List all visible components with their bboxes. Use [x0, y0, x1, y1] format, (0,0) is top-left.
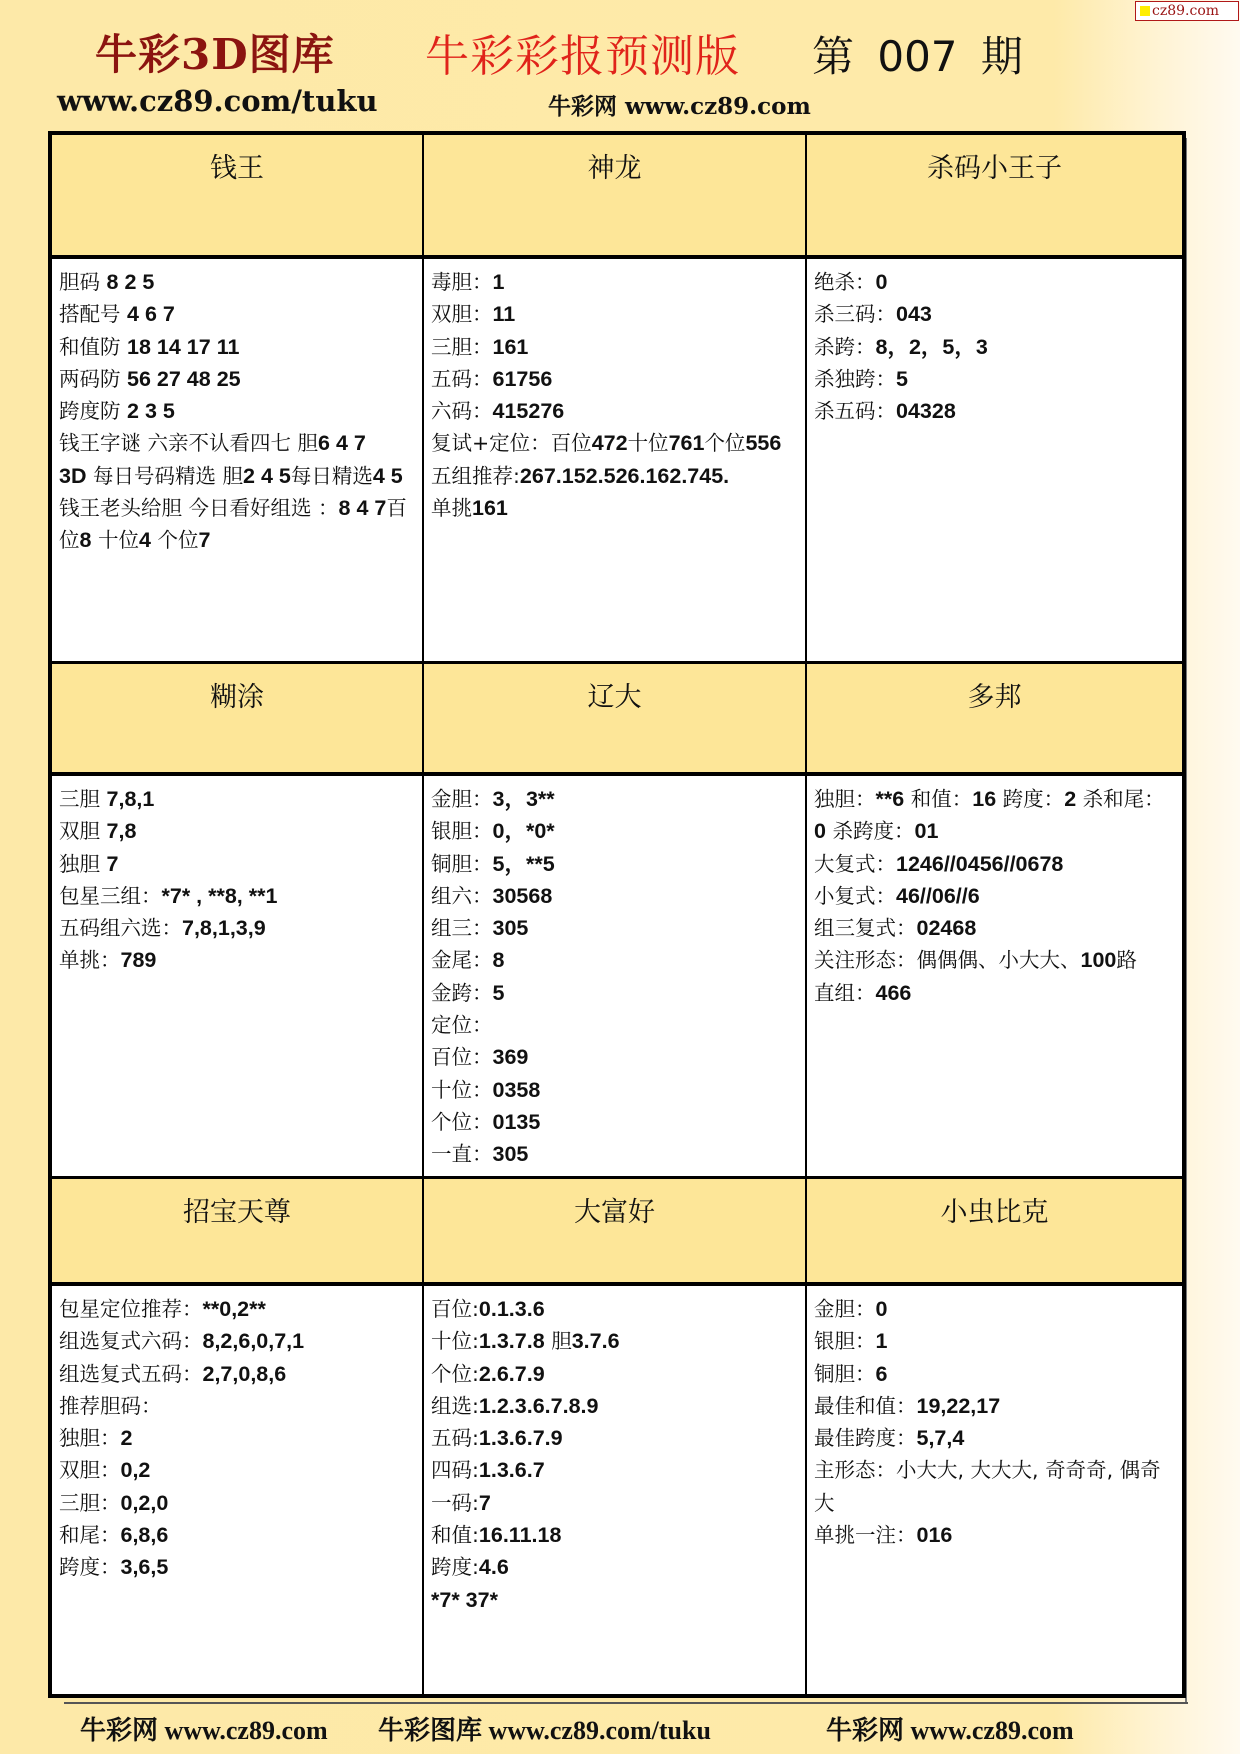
- prediction-line: 组选复式五码：2,7,0,8,6: [59, 1358, 416, 1390]
- prediction-line: 组选:1.2.3.6.7.8.9: [431, 1390, 799, 1422]
- line-value: **0,2**: [203, 1297, 266, 1321]
- line-label: 银胆：: [814, 1329, 876, 1353]
- line-value: 1246//0456//0678: [896, 852, 1063, 876]
- line-value: 1.3.6.7: [479, 1458, 545, 1482]
- line-label: 六码：: [431, 399, 493, 423]
- section-body: 百位:0.1.3.6十位:1.3.7.8 胆3.7.6个位:2.6.7.9组选:…: [424, 1286, 807, 1694]
- line-value: 4.6: [479, 1555, 509, 1579]
- line-value: 6,8,6: [121, 1523, 169, 1547]
- line-value: 30568: [493, 884, 553, 908]
- prediction-line: 搭配号 4 6 7: [59, 298, 416, 330]
- line-label: 关注形态：偶偶偶、小大大、: [814, 948, 1081, 972]
- prediction-line: 单挑161: [431, 492, 799, 524]
- line-value: 161: [493, 335, 529, 359]
- line-value: 6 4 7: [318, 431, 366, 455]
- line-value: 415276: [493, 399, 565, 423]
- line-label: 路: [1116, 948, 1137, 972]
- line-label: 独胆: [59, 852, 107, 876]
- section-body: 金胆：0银胆：1铜胆：6最佳和值：19,22,17最佳跨度：5,7,4主形态：小…: [807, 1286, 1182, 1694]
- line-label: 一码:: [431, 1491, 479, 1515]
- line-label: 复试+定位：百位: [431, 431, 592, 455]
- line-value: 1.3.7.8: [479, 1329, 545, 1353]
- line-label: 个位:: [431, 1362, 479, 1386]
- line-label: 四码:: [431, 1458, 479, 1482]
- prediction-line: 五码:1.3.6.7.9: [431, 1422, 799, 1454]
- section-body: 三胆 7,8,1双胆 7,8独胆 7包星三组：*7* , **8, **1五码组…: [52, 776, 424, 1179]
- line-label: 每日号码精选 胆: [86, 464, 243, 488]
- prediction-line: 杀五码：04328: [814, 395, 1176, 427]
- line-value: 61756: [493, 367, 553, 391]
- line-label: 金胆：: [814, 1297, 876, 1321]
- footer-tuku-link[interactable]: 牛彩图库 www.cz89.com/tuku: [378, 1710, 711, 1747]
- prediction-line: 组选复式六码：8,2,6,0,7,1: [59, 1325, 416, 1357]
- line-value: 466: [876, 981, 912, 1005]
- line-value: 7,8,1,3,9: [182, 916, 266, 940]
- line-value: 6: [876, 1362, 888, 1386]
- line-value: 5,7,4: [917, 1426, 965, 1450]
- line-label: 组三复式：: [814, 916, 917, 940]
- prediction-line: 铜胆：5，**5: [431, 848, 799, 880]
- grid-shadow-bottom: [64, 1702, 1188, 1704]
- section-body: 独胆：**6 和值：16 跨度：2 杀和尾：0 杀跨度：01大复式：1246//…: [807, 776, 1182, 1179]
- line-value: 2: [121, 1426, 133, 1450]
- prediction-line: 十位：0358: [431, 1074, 799, 1106]
- line-value: 267.152.526.162.745.: [520, 464, 729, 488]
- line-label: 十位: [628, 431, 669, 455]
- line-value: 4 5: [373, 464, 403, 488]
- line-value: 0: [876, 1297, 888, 1321]
- prediction-line: 推荐胆码：: [59, 1390, 416, 1422]
- line-value: 0358: [493, 1078, 541, 1102]
- prediction-line: 杀三码：043: [814, 298, 1176, 330]
- line-value: 4 6 7: [127, 302, 175, 326]
- line-value: 16.11.18: [479, 1523, 562, 1547]
- prediction-line: 大复式：1246//0456//0678: [814, 848, 1176, 880]
- line-value: 3.7.6: [572, 1329, 620, 1353]
- line-label: 五码：: [431, 367, 493, 391]
- line-label: 大复式：: [814, 852, 896, 876]
- section-title: 糊涂: [52, 664, 424, 776]
- brand-title: 牛彩3D图库: [95, 22, 335, 82]
- line-value: 305: [493, 916, 529, 940]
- line-value: **6: [876, 787, 905, 811]
- prediction-line: 跨度:4.6: [431, 1551, 799, 1583]
- prediction-line: 金跨：5: [431, 977, 799, 1009]
- line-value: 7,8,1: [107, 787, 155, 811]
- line-value: 0: [814, 819, 826, 843]
- line-label: 金尾：: [431, 948, 493, 972]
- prediction-line: 定位：: [431, 1009, 799, 1041]
- prediction-line: 杀跨：8，2，5，3: [814, 331, 1176, 363]
- line-label: 杀独跨：: [814, 367, 896, 391]
- line-value: 0,2,0: [121, 1491, 169, 1515]
- line-label: 铜胆：: [431, 852, 493, 876]
- line-label: 和值:: [431, 1523, 479, 1547]
- line-label: 单挑：: [59, 948, 121, 972]
- line-label: 银胆：: [431, 819, 493, 843]
- line-value: 8: [493, 948, 505, 972]
- line-label: 跨度防: [59, 399, 127, 423]
- line-label: 五组推荐:: [431, 464, 520, 488]
- line-value: 472: [592, 431, 628, 455]
- line-label: 胆: [545, 1329, 572, 1353]
- line-value: 7,8: [107, 819, 137, 843]
- section-body: 毒胆：1双胆：11三胆：161五码：61756六码：415276复试+定位：百位…: [424, 259, 807, 664]
- line-label: 组选复式五码：: [59, 1362, 203, 1386]
- line-label: 杀和尾：: [1076, 787, 1165, 811]
- prediction-line: 杀独跨：5: [814, 363, 1176, 395]
- prediction-line: 四码:1.3.6.7: [431, 1454, 799, 1486]
- prediction-line: 一直：305: [431, 1138, 799, 1170]
- line-label: 胆码: [59, 270, 107, 294]
- prediction-line: 个位:2.6.7.9: [431, 1358, 799, 1390]
- line-value: 2.6.7.9: [479, 1362, 545, 1386]
- issue-number: 第 007 期: [812, 24, 1023, 84]
- line-label: 最佳跨度：: [814, 1426, 917, 1450]
- line-label: 百位：: [431, 1045, 493, 1069]
- prediction-line: 组三：305: [431, 912, 799, 944]
- corner-badge-text: cz89.com: [1152, 3, 1219, 19]
- prediction-line: 双胆：11: [431, 298, 799, 330]
- section-body: 绝杀：0杀三码：043杀跨：8，2，5，3杀独跨：5杀五码：04328: [807, 259, 1182, 664]
- line-label: 金胆：: [431, 787, 493, 811]
- prediction-line: 钱王老头给胆 今日看好组选 ：8 4 7百位8 十位4 个位7: [59, 492, 416, 557]
- prediction-line: 钱王字谜 六亲不认看四七 胆6 4 7: [59, 427, 416, 459]
- line-label: 双胆: [59, 819, 107, 843]
- prediction-line: 三胆 7,8,1: [59, 783, 416, 815]
- prediction-line: 独胆 7: [59, 848, 416, 880]
- line-value: 8,2,6,0,7,1: [203, 1329, 305, 1353]
- line-value: 789: [121, 948, 157, 972]
- line-value: 1: [493, 270, 505, 294]
- line-value: 56 27 48 25: [127, 367, 241, 391]
- section-body: 胆码 8 2 5搭配号 4 6 7和值防 18 14 17 11两码防 56 2…: [52, 259, 424, 664]
- line-label: 单挑一注：: [814, 1523, 917, 1547]
- prediction-line: 关注形态：偶偶偶、小大大、100路: [814, 944, 1176, 976]
- line-value: 4: [139, 528, 151, 552]
- section-body: 金胆：3，3**银胆：0，*0*铜胆：5，**5组六：30568组三：305金尾…: [424, 776, 807, 1179]
- section-title: 辽大: [424, 664, 807, 776]
- prediction-line: 直组：466: [814, 977, 1176, 1009]
- line-label: 三胆：: [59, 1491, 121, 1515]
- line-value: 8 2 5: [107, 270, 155, 294]
- line-label: 组选:: [431, 1394, 479, 1418]
- prediction-line: 个位：0135: [431, 1106, 799, 1138]
- line-label: 定位：: [431, 1013, 493, 1037]
- prediction-line: 三胆：0,2,0: [59, 1487, 416, 1519]
- prediction-line: 三胆：161: [431, 331, 799, 363]
- prediction-line: 包星三组：*7* , **8, **1: [59, 880, 416, 912]
- line-label: 三胆：: [431, 335, 493, 359]
- prediction-line: 和值:16.11.18: [431, 1519, 799, 1551]
- prediction-line: 最佳跨度：5,7,4: [814, 1422, 1176, 1454]
- line-label: 百位:: [431, 1297, 479, 1321]
- line-label: 钱王老头给胆 今日看好组选 ：: [59, 496, 339, 520]
- prediction-line: 3D 每日号码精选 胆2 4 5每日精选4 5: [59, 460, 416, 492]
- line-label: 搭配号: [59, 302, 127, 326]
- tuku-url[interactable]: www.cz89.com/tuku: [57, 84, 378, 118]
- prediction-line: 六码：415276: [431, 395, 799, 427]
- line-label: 跨度：: [996, 787, 1064, 811]
- line-label: 钱王字谜 六亲不认看四七 胆: [59, 431, 318, 455]
- edition-title: 牛彩彩报预测版: [425, 20, 740, 84]
- site-url[interactable]: 牛彩网 www.cz89.com: [548, 88, 811, 121]
- prediction-line: 百位：369: [431, 1041, 799, 1073]
- line-value: 8，2，5，3: [876, 335, 988, 359]
- line-value: 3D: [59, 464, 86, 488]
- line-value: 04328: [896, 399, 956, 423]
- line-label: 最佳和值：: [814, 1394, 917, 1418]
- prediction-line: 包星定位推荐：**0,2**: [59, 1293, 416, 1325]
- line-value: 0,2: [121, 1458, 151, 1482]
- prediction-line: 两码防 56 27 48 25: [59, 363, 416, 395]
- line-value: 18 14 17 11: [127, 335, 239, 359]
- prediction-line: 胆码 8 2 5: [59, 266, 416, 298]
- line-label: 组三：: [431, 916, 493, 940]
- line-label: 杀五码：: [814, 399, 896, 423]
- prediction-line: 小复式：46//06//6: [814, 880, 1176, 912]
- prediction-line: 独胆：**6 和值：16 跨度：2 杀和尾：0 杀跨度：01: [814, 783, 1176, 848]
- prediction-line: 铜胆：6: [814, 1358, 1176, 1390]
- prediction-line: 一码:7: [431, 1487, 799, 1519]
- line-label: 三胆: [59, 787, 107, 811]
- line-value: 46//06//6: [896, 884, 980, 908]
- line-value: 0.1.3.6: [479, 1297, 545, 1321]
- line-value: 305: [493, 1142, 529, 1166]
- line-value: 7: [107, 852, 119, 876]
- line-label: 直组：: [814, 981, 876, 1005]
- line-value: 5，**5: [493, 852, 555, 876]
- line-value: 1.2.3.6.7.8.9: [479, 1394, 599, 1418]
- footer-site-link-right[interactable]: 牛彩网 www.cz89.com: [826, 1710, 1074, 1747]
- section-title: 神龙: [424, 135, 807, 259]
- line-value: 2 4 5: [243, 464, 291, 488]
- prediction-line: *7* 37*: [431, 1584, 799, 1616]
- line-label: 独胆：: [59, 1426, 121, 1450]
- line-label: 每日精选: [291, 464, 373, 488]
- line-label: 绝杀：: [814, 270, 876, 294]
- prediction-line: 单挑：789: [59, 944, 416, 976]
- line-label: 和尾：: [59, 1523, 121, 1547]
- line-value: 2 3 5: [127, 399, 175, 423]
- line-label: 五码:: [431, 1426, 479, 1450]
- prediction-line: 跨度防 2 3 5: [59, 395, 416, 427]
- prediction-line: 跨度：3,6,5: [59, 1551, 416, 1583]
- prediction-line: 组六：30568: [431, 880, 799, 912]
- line-value: 02468: [917, 916, 977, 940]
- line-value: 016: [917, 1523, 953, 1547]
- prediction-line: 独胆：2: [59, 1422, 416, 1454]
- line-value: 161: [472, 496, 508, 520]
- line-label: 一直：: [431, 1142, 493, 1166]
- line-label: 组选复式六码：: [59, 1329, 203, 1353]
- prediction-line: 五码组六选：7,8,1,3,9: [59, 912, 416, 944]
- line-label: 个位: [151, 528, 199, 552]
- prediction-line: 主形态：小大大, 大大大, 奇奇奇, 偶奇大: [814, 1454, 1176, 1519]
- prediction-line: 毒胆：1: [431, 266, 799, 298]
- prediction-line: 双胆：0,2: [59, 1454, 416, 1486]
- section-title: 钱王: [52, 135, 424, 259]
- prediction-line: 绝杀：0: [814, 266, 1176, 298]
- line-label: 包星三组：: [59, 884, 162, 908]
- footer-site-link-left[interactable]: 牛彩网 www.cz89.com: [80, 1710, 328, 1747]
- line-value: 2,7,0,8,6: [203, 1362, 287, 1386]
- line-label: 杀三码：: [814, 302, 896, 326]
- line-label: 十位:: [431, 1329, 479, 1353]
- line-value: 100: [1081, 948, 1117, 972]
- prediction-line: 金胆：0: [814, 1293, 1176, 1325]
- line-label: 跨度：: [59, 1555, 121, 1579]
- line-label: 杀跨：: [814, 335, 876, 359]
- line-label: 跨度:: [431, 1555, 479, 1579]
- line-value: 043: [896, 302, 932, 326]
- prediction-line: 银胆：0，*0*: [431, 815, 799, 847]
- line-label: 和值防: [59, 335, 127, 359]
- line-label: 组六：: [431, 884, 493, 908]
- line-label: 金跨：: [431, 981, 493, 1005]
- line-label: 铜胆：: [814, 1362, 876, 1386]
- line-value: 761: [669, 431, 705, 455]
- line-label: 十位: [91, 528, 139, 552]
- prediction-line: 金尾：8: [431, 944, 799, 976]
- line-label: 独胆：: [814, 787, 876, 811]
- line-value: 556: [745, 431, 781, 455]
- line-value: 7: [479, 1491, 491, 1515]
- line-value: 0: [876, 270, 888, 294]
- line-label: 包星定位推荐：: [59, 1297, 203, 1321]
- line-label: 五码组六选：: [59, 916, 182, 940]
- line-value: 01: [915, 819, 939, 843]
- prediction-line: 五组推荐:267.152.526.162.745.: [431, 460, 799, 492]
- prediction-grid: 钱王神龙杀码小王子胆码 8 2 5搭配号 4 6 7和值防 18 14 17 1…: [48, 131, 1186, 1698]
- section-title: 招宝天尊: [52, 1179, 424, 1286]
- section-title: 多邦: [807, 664, 1182, 776]
- line-label: 个位: [704, 431, 745, 455]
- line-value: 16: [972, 787, 996, 811]
- prediction-line: 组三复式：02468: [814, 912, 1176, 944]
- prediction-line: 复试+定位：百位472十位761个位556: [431, 427, 799, 459]
- line-value: 8: [80, 528, 92, 552]
- prediction-line: 五码：61756: [431, 363, 799, 395]
- line-label: 十位：: [431, 1078, 493, 1102]
- line-value: 1.3.6.7.9: [479, 1426, 563, 1450]
- prediction-line: 单挑一注：016: [814, 1519, 1176, 1551]
- line-label: 两码防: [59, 367, 127, 391]
- line-label: 主形态：小大大, 大大大, 奇奇奇, 偶奇大: [814, 1458, 1161, 1514]
- line-value: 0，*0*: [493, 819, 555, 843]
- line-label: 小复式：: [814, 884, 896, 908]
- line-value: 7: [199, 528, 211, 552]
- yellow-square-icon: [1140, 6, 1150, 16]
- line-label: 毒胆：: [431, 270, 493, 294]
- line-label: 推荐胆码：: [59, 1394, 162, 1418]
- line-value: 3，3**: [493, 787, 555, 811]
- line-label: 双胆：: [59, 1458, 121, 1482]
- prediction-line: 金胆：3，3**: [431, 783, 799, 815]
- line-value: 19,22,17: [917, 1394, 1001, 1418]
- prediction-line: 银胆：1: [814, 1325, 1176, 1357]
- section-title: 杀码小王子: [807, 135, 1182, 259]
- prediction-line: 双胆 7,8: [59, 815, 416, 847]
- line-value: 8 4 7: [339, 496, 387, 520]
- line-value: 1: [876, 1329, 888, 1353]
- line-value: 11: [493, 302, 516, 326]
- line-value: 2: [1064, 787, 1076, 811]
- line-value: 0135: [493, 1110, 541, 1134]
- section-title: 小虫比克: [807, 1179, 1182, 1286]
- line-value: 5: [493, 981, 505, 1005]
- line-label: 个位：: [431, 1110, 493, 1134]
- line-value: 3,6,5: [121, 1555, 169, 1579]
- line-label: 杀跨度：: [826, 819, 915, 843]
- prediction-line: 和值防 18 14 17 11: [59, 331, 416, 363]
- section-title: 大富好: [424, 1179, 807, 1286]
- line-value: *7* 37*: [431, 1588, 498, 1612]
- section-body: 包星定位推荐：**0,2**组选复式六码：8,2,6,0,7,1组选复式五码：2…: [52, 1286, 424, 1694]
- prediction-line: 百位:0.1.3.6: [431, 1293, 799, 1325]
- prediction-line: 和尾：6,8,6: [59, 1519, 416, 1551]
- line-label: 双胆：: [431, 302, 493, 326]
- line-label: 和值：: [904, 787, 972, 811]
- line-value: 369: [493, 1045, 529, 1069]
- line-value: *7* , **8, **1: [162, 884, 278, 908]
- prediction-line: 最佳和值：19,22,17: [814, 1390, 1176, 1422]
- prediction-line: 十位:1.3.7.8 胆3.7.6: [431, 1325, 799, 1357]
- line-label: 单挑: [431, 496, 472, 520]
- corner-site-badge[interactable]: cz89.com: [1135, 1, 1239, 21]
- line-value: 5: [896, 367, 908, 391]
